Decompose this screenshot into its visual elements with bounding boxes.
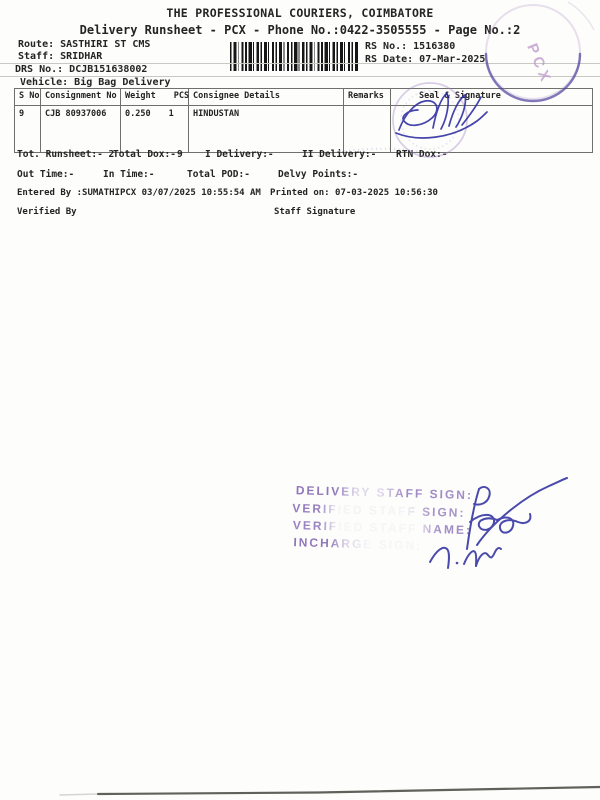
stamp-line-verified-staff-name: VERIFIED STAFF NAME: — [293, 518, 472, 537]
entered-by: Entered By :SUMATHIPCX 03/07/2025 10:55:… — [17, 188, 261, 198]
total-dox-value: 9 — [177, 149, 183, 160]
cell-weight: 0.250 — [125, 109, 151, 119]
verification-stamp: DELIVERY STAFF SIGN: VERIFIED STAFF SIGN… — [289, 481, 501, 565]
staff-signature-label: Staff Signature — [274, 207, 355, 217]
total-pod: Total POD:- — [187, 169, 250, 180]
scanned-delivery-runsheet: { "page": { "title": "THE PROFESSIONAL C… — [0, 0, 600, 800]
cell-consignment-no: CJB 80937006 — [41, 106, 121, 153]
col-weight: Weight — [125, 91, 156, 101]
company-title: THE PROFESSIONAL COURIERS, COIMBATORE — [0, 6, 600, 20]
cell-seal-signature — [391, 106, 593, 153]
col-seal-signature: Seal & Signature — [391, 89, 593, 106]
header-divider — [0, 63, 600, 64]
cell-remarks — [344, 106, 391, 153]
rs-no-line: RS No.: 1516380 — [365, 41, 455, 52]
col-weight-pcs: WeightPCS — [121, 89, 189, 106]
header-divider-2 — [0, 76, 600, 77]
cell-weight-pcs: 0.2501 — [121, 106, 189, 153]
cell-pcs: 1 — [169, 109, 174, 119]
consignment-table: S No Consignment No WeightPCS Consignee … — [14, 88, 593, 153]
cell-s-no: 9 — [15, 106, 41, 153]
stamp-line-delivery-staff-sign: DELIVERY STAFF SIGN: — [296, 483, 473, 502]
vehicle-line: Vehicle: Big Bag Delivery — [20, 77, 171, 88]
stamp-line-verified-staff-sign: VERIFIED STAFF SIGN: — [292, 501, 465, 520]
printed-on: Printed on: 07-03-2025 10:56:30 — [270, 188, 438, 198]
route-line: Route: SASTHIRI ST CMS — [18, 39, 150, 50]
staff-line: Staff: SRIDHAR — [18, 51, 102, 62]
scan-edge — [60, 787, 600, 795]
table-header-row: S No Consignment No WeightPCS Consignee … — [15, 89, 593, 106]
stamp-line-incharge-sign: INCHARGE SIGN: — [293, 535, 422, 553]
col-s-no: S No — [15, 89, 41, 106]
cell-consignee: HINDUSTAN — [189, 106, 344, 153]
col-consignment-no: Consignment No — [41, 89, 121, 106]
out-time: Out Time:- — [17, 169, 74, 180]
verified-by: Verified By — [17, 207, 77, 217]
drs-no-line: DRS No.: DCJB151638002 — [15, 64, 147, 75]
table-row: 9 CJB 80937006 0.2501 HINDUSTAN — [15, 106, 593, 153]
barcode — [230, 42, 358, 71]
in-time: In Time:- — [103, 169, 154, 180]
ii-delivery: II Delivery:- — [302, 149, 376, 160]
col-pcs: PCS — [174, 91, 189, 101]
col-consignee-details: Consignee Details — [189, 89, 344, 106]
i-delivery: I Delivery:- — [205, 149, 274, 160]
total-dox-label: Total Dox:- — [113, 149, 176, 160]
col-remarks: Remarks — [344, 89, 391, 106]
delvy-points: Delvy Points:- — [278, 169, 358, 180]
tot-runsheet: Tot. Runsheet:- 2 — [17, 149, 114, 160]
corner-stamp-text: PCX — [523, 41, 555, 87]
runsheet-subtitle: Delivery Runsheet - PCX - Phone No.:0422… — [0, 23, 600, 37]
rtn-dox: RTN Dox:- — [396, 149, 447, 160]
